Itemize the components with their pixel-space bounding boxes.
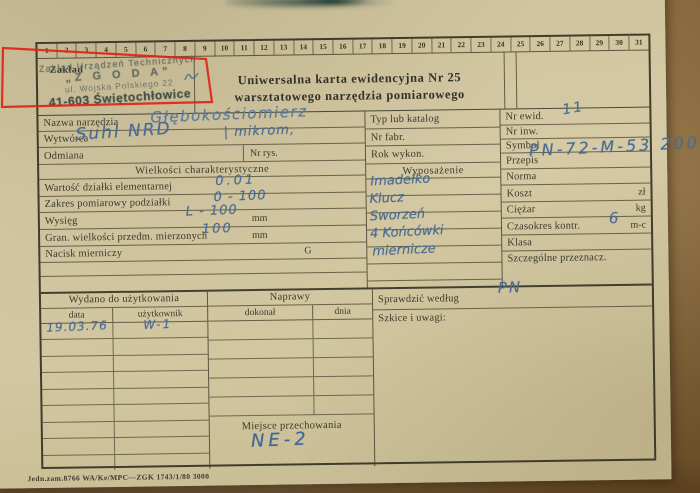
day-cell: 5: [116, 43, 136, 57]
day-cell: 17: [353, 39, 373, 53]
day-cell: 6: [136, 42, 156, 56]
photo-scene: 1234567891011121314151617181920212223242…: [0, 0, 700, 493]
ink-smudge-dark: [298, 0, 368, 6]
col-header-done: dokonał: [208, 305, 313, 320]
handwritten-equipment-2: Klucz: [369, 191, 404, 206]
field-label: Nr ewid.: [500, 111, 543, 123]
handwritten-equipment-1: Imadełko: [370, 173, 431, 189]
unit-label: m-c: [630, 219, 651, 230]
issued-user-cell: [115, 453, 209, 470]
day-cell: 25: [511, 37, 531, 51]
issued-date-cell: [42, 356, 114, 372]
right-column: Nr ewid. Nr inw. Symbol Przepis Norma: [500, 108, 651, 286]
nr-rys-label: Nr rys.: [243, 143, 365, 161]
repair-date-cell: [314, 357, 373, 376]
repair-row: [209, 357, 373, 378]
card-title: Uniwersalna karta ewidencyjna Nr 25 wars…: [195, 53, 506, 113]
field-label: Czasokres kontr.: [502, 220, 580, 232]
issued-user-cell: [115, 420, 209, 437]
row-typ: Typ lub katalog: [365, 110, 499, 130]
day-cell: 18: [373, 39, 393, 53]
issued-user-cell: [114, 387, 208, 404]
day-cell: 1: [37, 44, 57, 58]
issued-date-cell: [42, 372, 114, 388]
field-label: Odmiana: [39, 150, 84, 162]
row-nr-fabr: Nr fabr.: [366, 128, 500, 147]
check-block: Sprawdzić według Szkice i uwagi:: [373, 285, 654, 466]
field-label: Klasa: [502, 237, 532, 248]
handwritten-equipment-4: 4 Końcówki: [370, 224, 444, 241]
handwritten-gran: 100: [202, 222, 233, 236]
day-cell: 13: [274, 40, 294, 54]
field-label: Wartość działki elementarnej: [39, 181, 172, 194]
field-label: Ciężar: [502, 204, 536, 215]
handwritten-check-pn: PN: [498, 280, 523, 296]
row-rok: Rok wykon.: [366, 145, 500, 165]
day-cell: 14: [294, 40, 314, 54]
handwritten-wartosc: 0.01: [215, 173, 256, 188]
day-cell: 28: [570, 36, 590, 50]
field-label: Gran. wielkości przedm. mierzonych: [40, 230, 207, 243]
field-label: Szczególne przeznacz.: [502, 252, 606, 264]
issued-user-cell: [115, 437, 209, 454]
repair-done-cell: [209, 339, 314, 358]
issued-user-cell: [114, 371, 208, 388]
print-footer: Jedn.zam.8766 WA/Ke/MPC—ZGK 1743/1/80 30…: [27, 472, 209, 484]
handwritten-zakres: 0 - 100: [213, 189, 267, 204]
handwritten-issue-date: 19.03.76: [46, 319, 108, 333]
issued-date-cell: [42, 339, 114, 355]
field-label: Sprawdzić według: [373, 293, 459, 305]
unit-label: mm: [252, 227, 268, 243]
repair-row: [209, 376, 373, 397]
handwritten-equipment-3: Sworzeń: [370, 208, 426, 224]
issued-date-cell: [42, 389, 114, 405]
issued-date-cell: [43, 422, 115, 438]
repair-row: [209, 395, 373, 416]
repair-done-cell: [208, 320, 313, 339]
field-label: Koszt: [501, 188, 532, 199]
repair-done-cell: [209, 396, 314, 415]
field-label: Typ lub katalog: [365, 113, 439, 125]
repair-done-cell: [209, 377, 314, 396]
handwritten-storage: NE-2: [251, 431, 310, 451]
field-label: Zakres pomiarowy podziałki: [40, 197, 171, 210]
row-szczegolne: Szczególne przeznacz.: [502, 249, 651, 287]
day-cell: 11: [235, 41, 255, 55]
repair-date-cell: [314, 338, 373, 357]
day-cell: 27: [550, 37, 570, 51]
issued-date-cell: [42, 405, 114, 421]
sketches-area: [373, 323, 654, 466]
day-cell: 22: [452, 38, 472, 52]
day-cell: 3: [77, 43, 97, 57]
handwritten-tool-name-2: | mikrom,: [223, 124, 295, 140]
issued-row: [43, 453, 209, 471]
handwritten-equipment-5: miernicze: [372, 242, 436, 258]
day-cell: 19: [393, 39, 413, 53]
field-label: Nr inw.: [501, 126, 539, 138]
unit-label: zł: [638, 186, 650, 197]
issued-block: Wydano do użytkowania data użytkownik: [41, 292, 210, 471]
day-cell: 26: [531, 37, 551, 51]
issued-user-cell: [114, 338, 208, 355]
header-divider-strip: [505, 52, 518, 108]
lower-section: Wydano do użytkowania data użytkownik Na…: [41, 285, 654, 471]
day-cell: 24: [491, 37, 511, 51]
issued-rows: [41, 322, 209, 471]
field-label: Nacisk mierniczy: [40, 248, 122, 260]
card-title-line-2: warsztatowego narzędzia pomiarowego: [195, 86, 504, 107]
day-cell: 23: [472, 38, 492, 52]
day-cell: 30: [610, 36, 630, 50]
repair-date-cell: [314, 395, 373, 414]
header-row: Zakład Zakład Urządzeń Technicznych „Z G…: [38, 51, 650, 117]
day-cell: 20: [412, 39, 432, 53]
day-cell: 31: [629, 36, 648, 50]
day-cell: 4: [97, 43, 117, 57]
repair-rows: [208, 319, 373, 416]
issued-date-cell: [43, 438, 115, 454]
stamp-cell: Zakład Zakład Urządzeń Technicznych „Z G…: [38, 57, 196, 115]
repair-row: [209, 338, 373, 359]
day-cell: 12: [254, 41, 274, 55]
repair-date-cell: [314, 376, 373, 395]
row-koszt: Koszt zł: [501, 183, 650, 202]
issued-date-cell: [43, 454, 115, 470]
handwritten-wysieg: L - 100: [186, 204, 238, 219]
field-label: Szkice i uwagi:: [373, 312, 446, 324]
repair-done-cell: [209, 358, 314, 377]
form-table: 1234567891011121314151617181920212223242…: [35, 33, 656, 469]
col-header-date: dnia: [313, 304, 372, 319]
row-czasokres: Czasokres kontr. m-c: [502, 216, 651, 235]
repair-date-cell: [313, 319, 372, 338]
unit-label: kg: [636, 202, 651, 213]
unit-label: mm: [252, 210, 268, 226]
index-card: 1234567891011121314151617181920212223242…: [0, 0, 672, 489]
handwritten-issue-user: W-1: [143, 318, 172, 331]
repair-row: [208, 319, 372, 340]
field-label: Norma: [501, 171, 536, 182]
field-label: Rok wykon.: [366, 149, 424, 161]
issued-user-cell: [114, 404, 208, 421]
day-cell: 15: [314, 40, 334, 54]
issued-user-cell: [114, 355, 208, 372]
day-cell: 2: [57, 43, 77, 57]
handwritten-nr-ewid: 11: [561, 100, 585, 118]
day-cell: 16: [333, 40, 353, 54]
handwritten-czasokres: 6: [609, 211, 619, 226]
unit-label: G: [304, 243, 311, 258]
field-label: Nr fabr.: [366, 131, 405, 143]
equipment-ruled-line: [368, 263, 502, 282]
day-cell: 21: [432, 38, 452, 52]
field-label: Wysięg: [40, 215, 78, 227]
day-cell: 29: [590, 36, 610, 50]
